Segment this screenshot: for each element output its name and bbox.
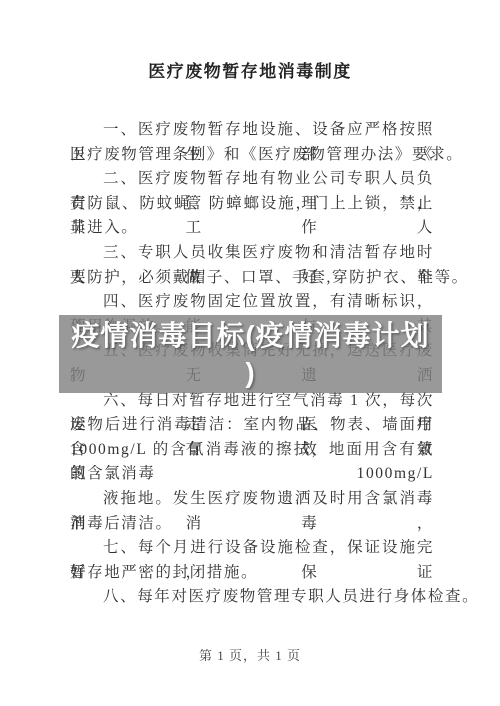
page-number-footer: 第 1 页，共 1 页 <box>0 648 500 664</box>
doc-line: 七、每个月进行设备设施检查，保证设施完好，保证 <box>70 536 434 561</box>
document-title: 医疗废物暂存地消毒制度 <box>0 62 500 82</box>
watermark-text-line1: 疫情消毒目标(疫情消毒计划 <box>59 317 442 354</box>
doc-line: 医疗废物管理条例》和《医疗废物管理办法》要求。 <box>70 143 434 168</box>
doc-line: 有防鼠、防蚊蝇、防蟑螂设施，门上上锁，禁止非工作人 <box>70 192 434 217</box>
doc-line: 液拖地。发生医疗废物遗洒及时用含氯消毒剂消毒， <box>70 487 434 512</box>
doc-line: 废物后进行消毒清洁：室内物品、物表、墙面用含有效氯 <box>70 413 434 438</box>
document-page: 医疗废物暂存地消毒制度 一、医疗废物暂存地设施、设备应严格按照卫生部《医疗废物管… <box>0 0 500 706</box>
doc-line: 人防护，必须戴帽子、口罩、手套,穿防护衣、鞋等。 <box>70 266 434 291</box>
watermark-text-line2: ) <box>59 354 442 391</box>
doc-line: 一、医疗废物暂存地设施、设备应严格按照卫生部《 <box>70 118 434 143</box>
doc-line: 八、每年对医疗废物管理专职人员进行身体检查。 <box>70 585 434 610</box>
doc-line: 三、专职人员收集医疗废物和清洁暂存地时要做好个 <box>70 241 434 266</box>
doc-line: 1000mg/L 的含氯消毒液的擦拭，地面用含有效氯 1000mg/L <box>70 438 434 463</box>
doc-line: 四、医疗废物固定位置放置，有清晰标识，不能与其 <box>70 290 434 315</box>
watermark-overlay-banner: 疫情消毒目标(疫情消毒计划 ) <box>59 315 442 393</box>
doc-line: 二、医疗废物暂存地有物业公司专职人员负责管理， <box>70 167 434 192</box>
